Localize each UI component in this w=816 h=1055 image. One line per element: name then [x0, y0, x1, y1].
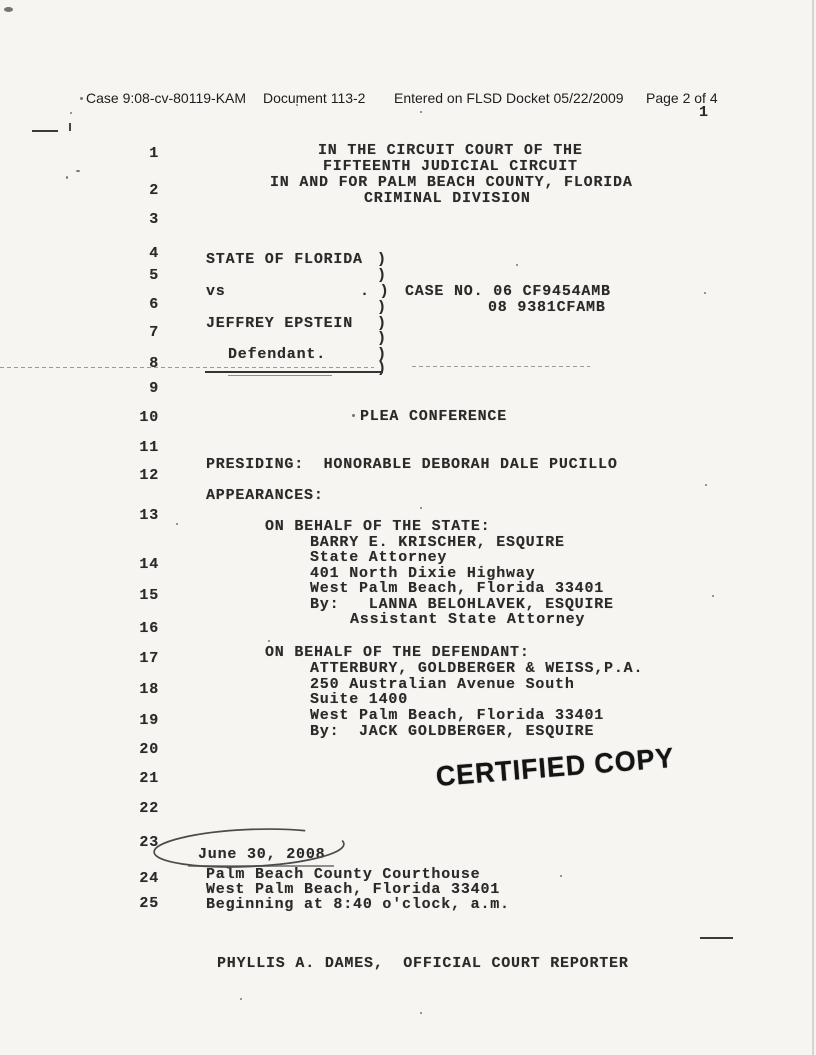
- transcript-line-number: 11: [119, 440, 159, 455]
- speck-artifact: [76, 170, 80, 172]
- header-docket-entry: Entered on FLSD Docket 05/22/2009: [394, 91, 624, 105]
- defense-heading: ON BEHALF OF THE DEFENDANT:: [265, 645, 530, 660]
- court-title-line-2: FIFTEENTH JUDICIAL CIRCUIT: [323, 159, 578, 174]
- proceeding-title: PLEA CONFERENCE: [360, 409, 507, 424]
- transcript-line-number: 22: [119, 801, 159, 816]
- dashedline-artifact: [412, 366, 590, 367]
- case-number-line-1: CASE NO. 06 CF9454AMB: [405, 284, 611, 299]
- transcript-line-number: 2: [119, 183, 159, 198]
- header-case-number: Case 9:08-cv-80119-KAM: [86, 91, 246, 105]
- speck-artifact: [80, 97, 83, 100]
- transcript-line-number: 16: [119, 621, 159, 636]
- state-attorney-name: BARRY E. KRISCHER, ESQUIRE: [310, 535, 565, 550]
- hearing-time: Beginning at 8:40 o'clock, a.m.: [206, 897, 510, 912]
- state-by-title: Assistant State Attorney: [350, 612, 585, 627]
- speck-artifact: [420, 507, 422, 509]
- speck-artifact: [352, 414, 355, 417]
- transcript-line-number: 20: [119, 742, 159, 757]
- transcript-line-number: 10: [119, 410, 159, 425]
- transcript-line-number: 25: [119, 896, 159, 911]
- underline-artifact: [205, 371, 383, 373]
- speck-artifact: [176, 523, 178, 525]
- transcript-line-number: 3: [119, 212, 159, 227]
- transcript-line-number: 21: [119, 771, 159, 786]
- transcript-page-number: 1: [699, 105, 709, 120]
- defense-by-line: By: JACK GOLDBERGER, ESQUIRE: [310, 724, 594, 739]
- state-by-line: By: LANNA BELOHLAVEK, ESQUIRE: [310, 597, 614, 612]
- speck-artifact: [420, 1012, 422, 1014]
- speck-artifact: [560, 875, 562, 877]
- transcript-line-number: 18: [119, 682, 159, 697]
- caption-defendant-name: JEFFREY EPSTEIN: [206, 316, 353, 331]
- transcript-line-number: 13: [119, 508, 159, 523]
- state-attorney-title: State Attorney: [310, 550, 447, 565]
- transcript-line-number: 19: [119, 713, 159, 728]
- state-address-1: 401 North Dixie Highway: [310, 566, 535, 581]
- speck-artifact: [420, 111, 422, 113]
- speck-artifact: [240, 998, 242, 1000]
- caption-plaintiff: STATE OF FLORIDA: [206, 252, 363, 267]
- speck-artifact: [268, 640, 270, 642]
- court-reporter-line: PHYLLIS A. DAMES, OFFICIAL COURT REPORTE…: [217, 956, 629, 971]
- transcript-line-number: 14: [119, 557, 159, 572]
- hearing-venue-2: West Palm Beach, Florida 33401: [206, 882, 500, 897]
- header-document-label: Document 113-2: [263, 91, 365, 105]
- caption-paren: ): [377, 331, 387, 346]
- transcript-line-number: 9: [119, 381, 159, 396]
- caption-paren: ): [377, 268, 387, 283]
- defense-address-1: 250 Australian Avenue South: [310, 677, 575, 692]
- presiding-line: PRESIDING: HONORABLE DEBORAH DALE PUCILL…: [206, 457, 618, 472]
- defense-firm: ATTERBURY, GOLDBERGER & WEISS,P.A.: [310, 661, 643, 676]
- court-title-line-3: IN AND FOR PALM BEACH COUNTY, FLORIDA: [270, 175, 633, 190]
- transcript-line-number: 17: [119, 651, 159, 666]
- dash-artifact: [700, 937, 733, 939]
- transcript-line-number: 24: [119, 871, 159, 886]
- dash-artifact: [32, 130, 58, 132]
- state-heading: ON BEHALF OF THE STATE:: [265, 519, 490, 534]
- dashedline-artifact: [0, 367, 374, 368]
- speck-artifact: [296, 104, 298, 106]
- defense-address-2: Suite 1400: [310, 692, 408, 707]
- transcript-line-number: 8: [119, 356, 159, 371]
- defense-address-3: West Palm Beach, Florida 33401: [310, 708, 604, 723]
- court-title-line-1: IN THE CIRCUIT COURT OF THE: [318, 143, 583, 158]
- speck-artifact: [66, 176, 68, 179]
- speck-artifact: [712, 595, 714, 597]
- transcript-line-number: 6: [119, 297, 159, 312]
- speck-artifact: [704, 292, 706, 294]
- caption-paren: ): [377, 252, 387, 267]
- caption-paren: . ): [360, 284, 389, 299]
- underline-light-artifact: [228, 375, 332, 376]
- scanned-transcript-page: Case 9:08-cv-80119-KAM Document 113-2 En…: [0, 0, 816, 1055]
- court-title-line-4: CRIMINAL DIVISION: [364, 191, 531, 206]
- speck-artifact: [516, 264, 518, 266]
- caption-paren: ): [377, 361, 387, 376]
- caption-vs: vs: [206, 284, 226, 299]
- state-address-2: West Palm Beach, Florida 33401: [310, 581, 604, 596]
- appearances-heading: APPEARANCES:: [206, 488, 324, 503]
- speck-artifact: [70, 112, 72, 114]
- transcript-line-number: 12: [119, 468, 159, 483]
- speck-artifact: [4, 7, 13, 12]
- header-page-label: Page 2 of 4: [646, 91, 718, 105]
- caption-defendant-label: Defendant.: [228, 347, 326, 362]
- transcript-line-number: 1: [119, 146, 159, 161]
- caption-paren: ): [377, 316, 387, 331]
- transcript-line-number: 4: [119, 246, 159, 261]
- speck-artifact: [705, 484, 707, 486]
- transcript-line-number: 5: [119, 268, 159, 283]
- case-number-line-2: 08 9381CFAMB: [488, 300, 606, 315]
- date-circle-annotation: [150, 826, 354, 872]
- caption-paren: ): [377, 300, 387, 315]
- certified-copy-stamp: CERTIFIED COPY: [435, 744, 675, 791]
- transcript-line-number: 7: [119, 325, 159, 340]
- tick-artifact: [69, 123, 71, 131]
- transcript-line-number: 15: [119, 588, 159, 603]
